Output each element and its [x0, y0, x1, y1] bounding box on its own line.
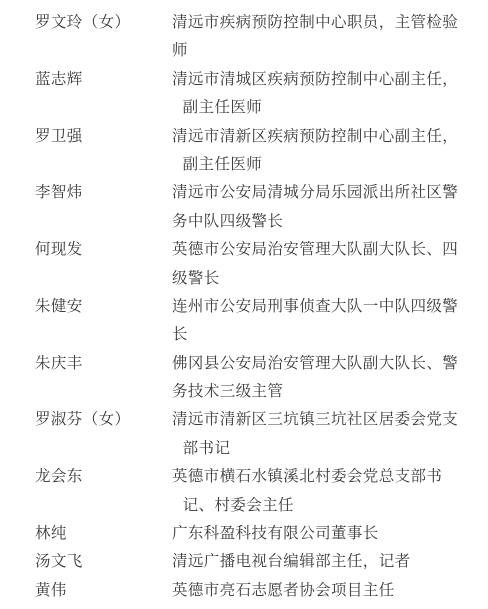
- list-item: 何现发 英德市公安局治安管理大队副大队长、四级警长: [35, 235, 488, 292]
- list-item: 罗文玲（女） 清远市疾病预防控制中心职员，主管检验师: [35, 8, 488, 65]
- title-line: 英德市横石水镇溪北村委会党总支部书: [172, 462, 488, 490]
- person-title: 清远市疾病预防控制中心职员，主管检验师: [172, 8, 488, 65]
- title-line: 清远市疾病预防控制中心职员，主管检验: [172, 8, 488, 36]
- list-item: 罗淑芬（女） 清远市清新区三坑镇三坑社区居委会党支 部书记: [35, 405, 488, 462]
- person-name: 朱健安: [35, 292, 172, 320]
- person-name: 何现发: [35, 235, 172, 263]
- person-name: 汤文飞: [35, 547, 172, 575]
- person-name: 罗卫强: [35, 122, 172, 150]
- person-name: 林纯: [35, 519, 172, 547]
- list-item: 林纯 广东科盈科技有限公司董事长: [35, 519, 488, 547]
- name-title-list: 罗文玲（女） 清远市疾病预防控制中心职员，主管检验师 蓝志辉 清远市清城区疾病预…: [0, 0, 488, 604]
- person-name: 黄伟: [35, 576, 172, 604]
- title-line: 级警长: [172, 264, 488, 292]
- person-title: 清远市清新区疾病预防控制中心副主任， 副主任医师: [172, 122, 488, 179]
- person-title: 清远市清城区疾病预防控制中心副主任， 副主任医师: [172, 65, 488, 122]
- person-name: 蓝志辉: [35, 65, 172, 93]
- person-name: 李智炜: [35, 178, 172, 206]
- person-name: 罗文玲（女）: [35, 8, 172, 36]
- person-title: 连州市公安局刑事侦查大队一中队四级警长: [172, 292, 488, 349]
- title-line: 务技术三级主管: [172, 377, 488, 405]
- person-title: 清远广播电视台编辑部主任，记者: [172, 547, 488, 575]
- person-name: 罗淑芬（女）: [35, 405, 172, 433]
- title-line: 副主任医师: [172, 93, 488, 121]
- person-title: 清远市公安局清城分局乐园派出所社区警务中队四级警长: [172, 178, 488, 235]
- person-title: 清远市清新区三坑镇三坑社区居委会党支 部书记: [172, 405, 488, 462]
- title-line: 部书记: [172, 434, 488, 462]
- title-line: 务中队四级警长: [172, 207, 488, 235]
- list-item: 龙会东 英德市横石水镇溪北村委会党总支部书 记、村委会主任: [35, 462, 488, 519]
- title-line: 记、村委会主任: [172, 491, 488, 519]
- title-line: 连州市公安局刑事侦查大队一中队四级警: [172, 292, 488, 320]
- title-line: 清远市清城区疾病预防控制中心副主任，: [172, 65, 488, 93]
- title-line: 广东科盈科技有限公司董事长: [172, 519, 488, 547]
- list-item: 黄伟 英德市亮石志愿者协会项目主任: [35, 576, 488, 604]
- list-item: 蓝志辉 清远市清城区疾病预防控制中心副主任， 副主任医师: [35, 65, 488, 122]
- list-item: 罗卫强 清远市清新区疾病预防控制中心副主任， 副主任医师: [35, 122, 488, 179]
- title-line: 英德市亮石志愿者协会项目主任: [172, 576, 488, 604]
- title-line: 清远广播电视台编辑部主任，记者: [172, 547, 488, 575]
- list-item: 朱庆丰 佛冈县公安局治安管理大队副大队长、警务技术三级主管: [35, 349, 488, 406]
- title-line: 英德市公安局治安管理大队副大队长、四: [172, 235, 488, 263]
- person-title: 英德市亮石志愿者协会项目主任: [172, 576, 488, 604]
- person-title: 广东科盈科技有限公司董事长: [172, 519, 488, 547]
- title-line: 师: [172, 36, 488, 64]
- list-item: 汤文飞 清远广播电视台编辑部主任，记者: [35, 547, 488, 575]
- person-title: 英德市公安局治安管理大队副大队长、四级警长: [172, 235, 488, 292]
- title-line: 清远市清新区疾病预防控制中心副主任，: [172, 122, 488, 150]
- title-line: 佛冈县公安局治安管理大队副大队长、警: [172, 349, 488, 377]
- person-title: 佛冈县公安局治安管理大队副大队长、警务技术三级主管: [172, 349, 488, 406]
- title-line: 副主任医师: [172, 150, 488, 178]
- person-name: 朱庆丰: [35, 349, 172, 377]
- person-name: 龙会东: [35, 462, 172, 490]
- list-item: 李智炜 清远市公安局清城分局乐园派出所社区警务中队四级警长: [35, 178, 488, 235]
- title-line: 清远市清新区三坑镇三坑社区居委会党支: [172, 405, 488, 433]
- title-line: 清远市公安局清城分局乐园派出所社区警: [172, 178, 488, 206]
- list-item: 朱健安 连州市公安局刑事侦查大队一中队四级警长: [35, 292, 488, 349]
- person-title: 英德市横石水镇溪北村委会党总支部书 记、村委会主任: [172, 462, 488, 519]
- title-line: 长: [172, 320, 488, 348]
